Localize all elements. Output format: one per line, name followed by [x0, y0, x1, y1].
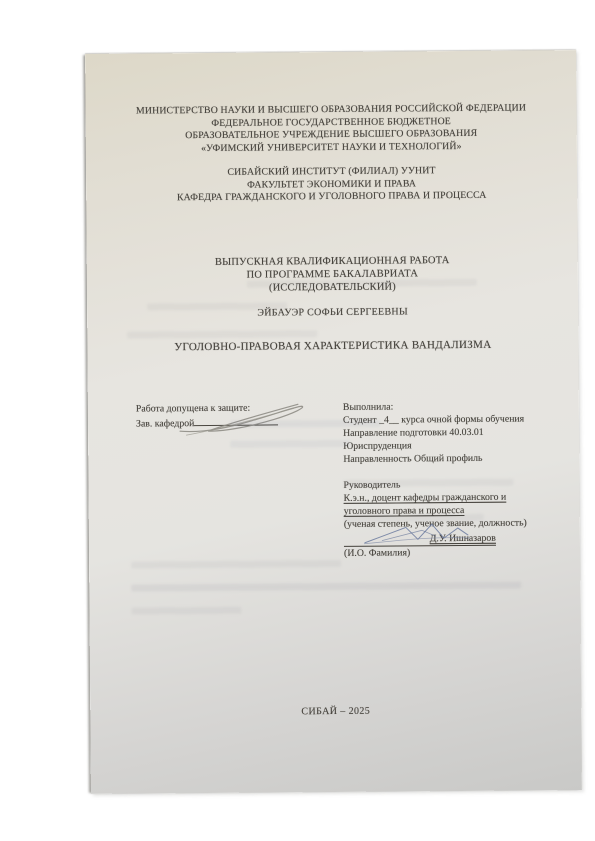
- bleedthrough-mark: [343, 479, 513, 487]
- work-type-block: ВЫПУСКНАЯ КВАЛИФИКАЦИОННАЯ РАБОТА ПО ПРО…: [87, 254, 578, 296]
- bleedthrough-mark: [147, 302, 287, 310]
- head-of-department-label: Зав. кафедрой: [136, 418, 194, 429]
- bleedthrough-mark: [127, 330, 317, 338]
- thesis-title: УГОЛОВНО-ПРАВОВАЯ ХАРАКТЕРИСТИКА ВАНДАЛИ…: [87, 338, 578, 354]
- supervisor-name: Д.У. Ишназаров: [430, 533, 496, 545]
- ministry-header: МИНИСТЕРСТВО НАУКИ И ВЫСШЕГО ОБРАЗОВАНИЯ…: [86, 102, 577, 156]
- bleedthrough-mark: [344, 514, 484, 522]
- document-page: МИНИСТЕРСТВО НАУКИ И ВЫСШЕГО ОБРАЗОВАНИЯ…: [85, 50, 582, 794]
- ministry-line: «УФИМСКИЙ УНИВЕРСИТЕТ НАУКИ И ТЕХНОЛОГИЙ…: [86, 140, 577, 156]
- bleedthrough-mark: [230, 440, 350, 448]
- bleedthrough-mark: [131, 560, 341, 569]
- bleedthrough-mark: [131, 582, 521, 592]
- bleedthrough-mark: [131, 607, 241, 615]
- city-year-footer: СИБАЙ – 2025: [90, 704, 581, 719]
- scan-background: МИНИСТЕРСТВО НАУКИ И ВЫСШЕГО ОБРАЗОВАНИЯ…: [0, 0, 595, 841]
- bleedthrough-mark: [230, 420, 380, 428]
- institute-header: СИБАЙСКИЙ ИНСТИТУТ (ФИЛИАЛ) УУНИТ ФАКУЛЬ…: [86, 164, 577, 206]
- performer-line: Направленность Общий профиль: [343, 451, 579, 466]
- supervisor-signature-row: Д.У. Ишназаров: [344, 532, 496, 547]
- supervisor-name-hint: (И.О. Фамилия): [344, 545, 580, 560]
- institute-line: КАФЕДРА ГРАЖДАНСКОГО И УГОЛОВНОГО ПРАВА …: [86, 189, 577, 205]
